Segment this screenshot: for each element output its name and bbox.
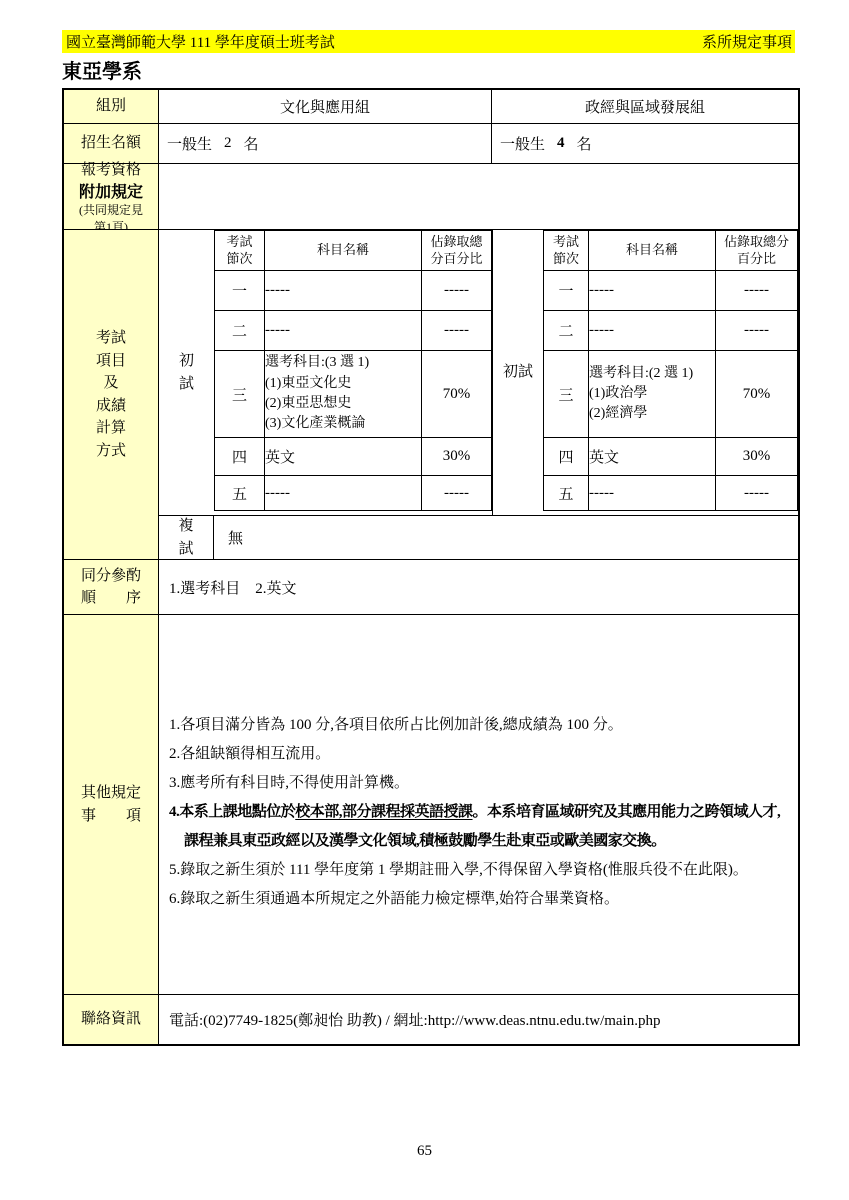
- subject-cell: 選考科目:(3 選 1) (1)東亞文化史 (2)東亞思想史 (3)文化產業概論: [265, 351, 422, 438]
- contact-label: 聯絡資訊: [81, 1008, 141, 1031]
- session-cell: 三: [544, 351, 589, 438]
- contact-row: 聯絡資訊 電話:(02)7749-1825(鄭昶怡 助教) / 網址:http:…: [64, 994, 798, 1044]
- eligibility-content-cell: [159, 164, 798, 229]
- table-row: 四 英文 30%: [544, 438, 798, 476]
- session-cell: 五: [544, 476, 589, 511]
- group2-quota-cell: 一般生 4 名: [492, 124, 798, 163]
- session-cell: 三: [215, 351, 265, 438]
- rule-item-4-underlined: 校本部,部分課程採英語授課: [295, 804, 472, 820]
- rule-item-4-prefix: 4.本系上課地點位於: [169, 804, 295, 820]
- percent-cell: 30%: [716, 438, 798, 476]
- exam-left-header-row: 考試 節次 科目名稱 佔錄取總 分百分比: [215, 231, 492, 271]
- exam-left-table: 考試 節次 科目名稱 佔錄取總 分百分比 一 ----- ----- 二: [214, 230, 492, 511]
- subject-cell: -----: [589, 311, 716, 351]
- group-row: 組別 文化與應用組 政經與區域發展組: [64, 90, 798, 123]
- exam-title: 國立臺灣師範大學 111 學年度碩士班考試: [66, 31, 335, 52]
- table-row: 二 ----- -----: [215, 311, 492, 351]
- table-row: 五 ----- -----: [544, 476, 798, 511]
- percent-cell: -----: [422, 311, 492, 351]
- exam-right-stage-cell: 初試: [493, 230, 543, 515]
- exam-left-table-wrap: 考試 節次 科目名稱 佔錄取總 分百分比 一 ----- ----- 二: [214, 230, 492, 515]
- contact-info: 電話:(02)7749-1825(鄭昶怡 助教) / 網址:http://www…: [169, 1009, 660, 1030]
- contact-label-cell: 聯絡資訊: [64, 995, 159, 1044]
- group2-name-cell: 政經與區域發展組: [492, 90, 798, 123]
- subject-cell: -----: [589, 271, 716, 311]
- rule-item-2: 2.各組缺額得相互流用。: [169, 740, 784, 769]
- contact-content-cell: 電話:(02)7749-1825(鄭昶怡 助教) / 網址:http://www…: [159, 995, 798, 1044]
- percent-cell: 70%: [422, 351, 492, 438]
- table-row: 五 ----- -----: [215, 476, 492, 511]
- session-cell: 一: [215, 271, 265, 311]
- exam-left-stage-cell: 初 試: [159, 230, 214, 515]
- table-row: 四 英文 30%: [215, 438, 492, 476]
- rule-item-1: 1.各項目滿分皆為 100 分,各項目依所占比例加計後,總成績為 100 分。: [169, 711, 784, 740]
- quota-row-label-cell: 招生名額: [64, 124, 159, 163]
- retest-label-cell: 複 試: [159, 516, 214, 559]
- exam-right-table: 考試 節次 科目名稱 佔錄取總分 百分比 一 ----- ----- 二: [543, 230, 798, 511]
- percent-cell: 30%: [422, 438, 492, 476]
- tiebreak-row: 同分參酌 順 序 1.選考科目 2.英文: [64, 559, 798, 614]
- table-row: 三 選考科目:(3 選 1) (1)東亞文化史 (2)東亞思想史 (3)文化產業…: [215, 351, 492, 438]
- group1-quota-cell: 一般生 2 名: [159, 124, 492, 163]
- first-exam-section: 初 試 考試 節次 科目名稱 佔錄取總 分百分比 一 -----: [159, 230, 798, 515]
- tiebreak-label-cell: 同分參酌 順 序: [64, 560, 159, 614]
- exam-row-label: 考試 項目 及 成績 計算 方式: [96, 327, 126, 462]
- session-cell: 四: [544, 438, 589, 476]
- session-cell: 二: [544, 311, 589, 351]
- retest-label: 複 試: [178, 515, 193, 560]
- subject-cell: -----: [265, 311, 422, 351]
- group1-quota-count: 2: [224, 135, 232, 152]
- quota-row-label: 招生名額: [81, 132, 141, 155]
- exam-right-half: 初試 考試 節次 科目名稱 佔錄取總分 百分比 一 -----: [492, 230, 798, 515]
- eligibility-label-cell: 報考資格 附加規定 (共同規定見 第1頁): [64, 164, 159, 229]
- regulation-table: 組別 文化與應用組 政經與區域發展組 招生名額 一般生 2 名 一般生 4 名 …: [62, 88, 800, 1046]
- exam-left-stage-label: 初 試: [179, 350, 194, 395]
- session-cell: 四: [215, 438, 265, 476]
- eligibility-row: 報考資格 附加規定 (共同規定見 第1頁): [64, 163, 798, 229]
- exam-row-label-cell: 考試 項目 及 成績 計算 方式: [64, 230, 159, 559]
- percent-cell: -----: [422, 476, 492, 511]
- rule-item-6: 6.錄取之新生須通過本所規定之外語能力檢定標準,始符合畢業資格。: [169, 885, 784, 914]
- other-rules-label-cell: 其他規定 事 項: [64, 615, 159, 994]
- group1-name: 文化與應用組: [280, 96, 370, 117]
- percent-cell: 70%: [716, 351, 798, 438]
- table-row: 一 ----- -----: [215, 271, 492, 311]
- exam-right-table-wrap: 考試 節次 科目名稱 佔錄取總分 百分比 一 ----- ----- 二: [543, 230, 798, 515]
- group1-quota-type: 一般生: [167, 133, 212, 154]
- retest-content: 無: [228, 527, 243, 548]
- tiebreak-content-cell: 1.選考科目 2.英文: [159, 560, 798, 614]
- percent-cell: -----: [716, 476, 798, 511]
- session-cell: 一: [544, 271, 589, 311]
- group2-quota-type: 一般生: [500, 133, 545, 154]
- subject-cell: 選考科目:(2 選 1) (1)政治學 (2)經濟學: [589, 351, 716, 438]
- exam-right-stage-label: 初試: [503, 361, 533, 384]
- group-row-label: 組別: [96, 95, 126, 118]
- group2-name: 政經與區域發展組: [585, 96, 705, 117]
- rule-item-4: 4.本系上課地點位於校本部,部分課程採英語授課。本系培育區域研究及其應用能力之跨…: [169, 798, 784, 856]
- retest-row: 複 試 無: [159, 515, 798, 559]
- group1-quota-unit: 名: [244, 133, 259, 154]
- subject-cell: 英文: [589, 438, 716, 476]
- col-header-session: 考試 節次: [215, 231, 265, 271]
- rule-item-3: 3.應考所有科目時,不得使用計算機。: [169, 769, 784, 798]
- exam-left-half: 初 試 考試 節次 科目名稱 佔錄取總 分百分比 一 -----: [159, 230, 492, 515]
- eligibility-label-title: 報考資格: [81, 158, 141, 179]
- col-header-percent: 佔錄取總分 百分比: [716, 231, 798, 271]
- session-cell: 五: [215, 476, 265, 511]
- table-row: 三 選考科目:(2 選 1) (1)政治學 (2)經濟學 70%: [544, 351, 798, 438]
- subject-cell: -----: [265, 476, 422, 511]
- table-row: 一 ----- -----: [544, 271, 798, 311]
- tiebreak-content: 1.選考科目 2.英文: [169, 577, 297, 598]
- exam-content: 初 試 考試 節次 科目名稱 佔錄取總 分百分比 一 -----: [159, 230, 798, 559]
- percent-cell: -----: [716, 311, 798, 351]
- page-header-bar: 國立臺灣師範大學 111 學年度碩士班考試 系所規定事項: [62, 30, 795, 53]
- other-rules-label: 其他規定 事 項: [81, 782, 141, 827]
- other-rules-content-cell: 1.各項目滿分皆為 100 分,各項目依所占比例加計後,總成績為 100 分。 …: [159, 615, 798, 994]
- col-header-percent: 佔錄取總 分百分比: [422, 231, 492, 271]
- percent-cell: -----: [422, 271, 492, 311]
- col-header-subject: 科目名稱: [265, 231, 422, 271]
- tiebreak-label: 同分參酌 順 序: [81, 565, 141, 610]
- header-right-label: 系所規定事項: [702, 31, 792, 52]
- group-row-label-cell: 組別: [64, 90, 159, 123]
- exam-right-header-row: 考試 節次 科目名稱 佔錄取總分 百分比: [544, 231, 798, 271]
- subject-cell: -----: [589, 476, 716, 511]
- exam-row: 考試 項目 及 成績 計算 方式 初 試 考試 節次 科目名稱 佔錄取總 分百分…: [64, 229, 798, 559]
- subject-cell: -----: [265, 271, 422, 311]
- quota-row: 招生名額 一般生 2 名 一般生 4 名: [64, 123, 798, 163]
- session-cell: 二: [215, 311, 265, 351]
- eligibility-label-bold: 附加規定: [79, 179, 143, 202]
- retest-content-cell: 無: [214, 516, 798, 559]
- table-row: 二 ----- -----: [544, 311, 798, 351]
- rule-item-5: 5.錄取之新生須於 111 學年度第 1 學期註冊入學,不得保留入學資格(惟服兵…: [169, 856, 784, 885]
- col-header-subject: 科目名稱: [589, 231, 716, 271]
- col-header-session: 考試 節次: [544, 231, 589, 271]
- group2-quota-count: 4: [557, 135, 565, 152]
- other-rules-row: 其他規定 事 項 1.各項目滿分皆為 100 分,各項目依所占比例加計後,總成績…: [64, 614, 798, 994]
- group2-quota-unit: 名: [577, 133, 592, 154]
- page-number: 65: [0, 1143, 849, 1160]
- subject-cell: 英文: [265, 438, 422, 476]
- group1-name-cell: 文化與應用組: [159, 90, 492, 123]
- department-title: 東亞學系: [62, 55, 142, 84]
- percent-cell: -----: [716, 271, 798, 311]
